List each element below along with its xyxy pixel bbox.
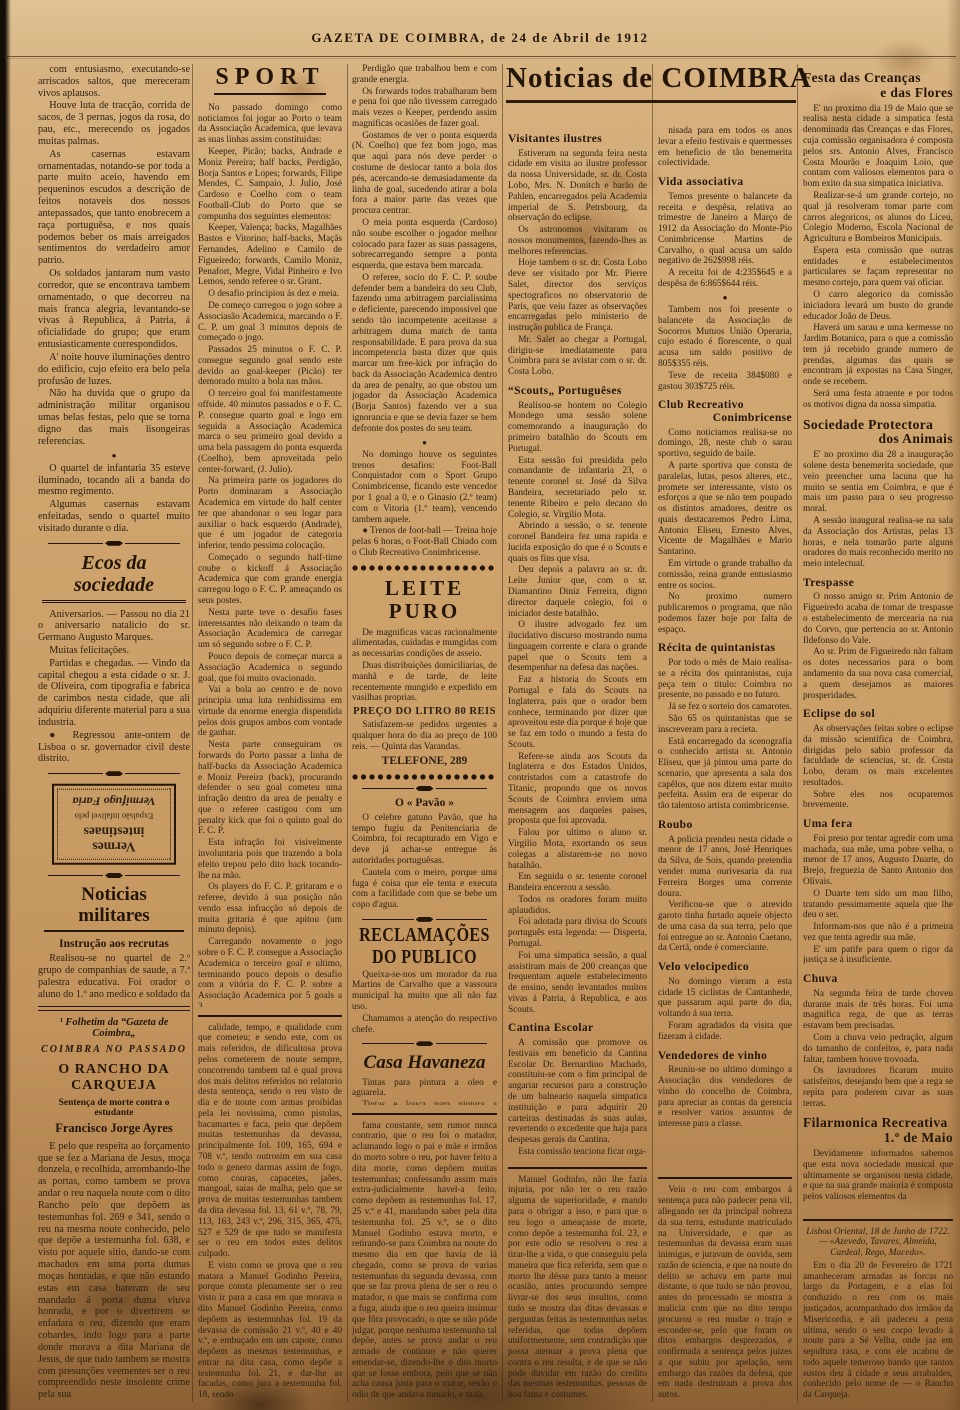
paragraph: Esta sessão foi presidida pelo comandant…: [508, 456, 647, 521]
paragraph: Nesta parte teve o desafio fases interes…: [198, 608, 342, 651]
paragraph: Chamamos a atenção do respectivo chefe.: [352, 1014, 497, 1036]
paragraph: Na segunda feira de tarde choveu durante…: [803, 989, 953, 1032]
centered-line: TELEFONE, 289: [352, 755, 497, 768]
news-heading-line2: dos Animais: [803, 432, 953, 447]
news-heading: Festa das Creançase das Flores: [803, 71, 953, 101]
column-2-folhetim: calidade, tempo, e qualidade com que com…: [198, 1007, 342, 1402]
section-heading: Casa Havaneza: [352, 1052, 497, 1073]
newspaper-page: GAZETA DE COIMBRA, de 24 de Abril de 191…: [0, 0, 960, 1410]
section-heading: O « Pavão »: [352, 797, 497, 810]
ornament-separator: [48, 541, 180, 546]
paragraph: Muitas felicitações.: [38, 645, 190, 657]
paragraph: ● Trenos de foot-ball — Treina hoje pela…: [352, 526, 497, 558]
dot-separator: ●: [352, 438, 497, 447]
paragraph: Manuel Godinho, não lhe fazia injuria, p…: [508, 1175, 647, 1401]
paragraph: calidade, tempo, e qualidade com que com…: [198, 1023, 342, 1260]
column-4-folhetim: Manuel Godinho, não lhe fazia injuria, p…: [508, 1159, 647, 1402]
news-heading: Chuva: [803, 973, 953, 986]
paragraph: Carregando novamente o jogo sobre o F. C…: [198, 937, 342, 1006]
news-heading-line2: 1.º de Maio: [803, 1131, 953, 1146]
paragraph: Ao sr. Prim de Figueiredo não faltam os …: [803, 647, 953, 701]
column-1-folhetim: ¹ Folhetim da “Gazeta de Coimbra„COIMBRA…: [38, 998, 190, 1403]
paragraph: Tambem nos foi presente o balancete da A…: [658, 305, 792, 370]
paragraph: O celebre gatuno Pavão, que ha tempo fug…: [352, 813, 497, 867]
paragraph: De magnificas vacas racionalmente alimen…: [352, 628, 497, 660]
paragraph: ● Regressou ante-ontem de Lisboa o sr. g…: [38, 730, 190, 765]
dot-separator: ●: [658, 293, 792, 302]
paragraph: Os soldados jantaram num vasto corredor,…: [38, 268, 190, 351]
paragraph: Algumas casernas estavam enfeitadas, sen…: [38, 499, 190, 534]
column-4: Visitantes ilustresEstiveram na segunda …: [508, 64, 647, 1402]
paragraph: Todos os oradores foram muito aplaudidos…: [508, 895, 647, 917]
column-divider: [192, 64, 193, 1402]
section-heading: SPORT: [214, 64, 326, 95]
paragraph: Tintas para pintura a oleo e aguarela.: [352, 1078, 497, 1100]
paragraph: Com a chuva veio pedração, algum do tama…: [803, 1033, 953, 1065]
news-heading: “Scouts„ Portuguêses: [508, 385, 647, 398]
paragraph: Foram agradados da visita que fizeram á …: [658, 1021, 792, 1043]
paragraph: Pouco depois de começar marca a Associaç…: [198, 652, 342, 684]
rule-separator: [508, 1167, 647, 1169]
column-divider: [797, 64, 798, 1402]
paragraph: Satisfazem-se pedidos urgentes a qualque…: [352, 720, 497, 752]
paragraph: Sobre eles nos ocuparemos brevemente.: [803, 790, 953, 812]
paragraph: Esta comissão tenciona ficar orga-: [508, 1147, 647, 1158]
column-divider: [502, 64, 503, 1402]
paragraph: O ilustre advogado fez um ilucidativo di…: [508, 620, 647, 674]
paragraph: Os players do F. C. P. gritaram e o refe…: [198, 882, 342, 936]
vermifugo-ad-box: VermesintestinaesExpulsão infalivel pelo…: [52, 784, 176, 865]
paragraph: O desafio principiou ás dez e meia.: [198, 289, 342, 300]
paragraph: Será uma festa atraente e por todos os m…: [803, 389, 953, 411]
column-divider: [652, 64, 653, 1402]
column-6: Festa das Creançase das FloresE' no prox…: [803, 64, 953, 1402]
column-5-folhetim: Veiu o reu com embargos á sentença para …: [658, 1169, 792, 1402]
news-heading: Velo velocipedico: [658, 961, 792, 974]
ad-box-line: Expulsão infalivel pelo: [60, 811, 168, 821]
paragraph: E pelo que respeita ao forçamento que se…: [38, 1141, 190, 1401]
paragraph: Cautela com o meiro, porque uma fuga é c…: [352, 868, 497, 911]
paragraph: Já se fez o sorteio dos camarotes.: [658, 702, 792, 713]
double-rule-separator: [38, 1006, 190, 1011]
paragraph: A' noite houve iluminações dentro do edi…: [38, 352, 190, 387]
centered-line: PREÇO DO LITRO 80 REIS: [352, 706, 497, 718]
paragraph: O nosso amigo sr. Prim Antonio de Figuei…: [803, 592, 953, 646]
paragraph: Passados 25 minutos o F. C. P. consegue …: [198, 345, 342, 388]
news-heading: Uma fera: [803, 818, 953, 831]
column-divider: [347, 64, 348, 1402]
paragraph: Duas distribuições domiciliarias, de man…: [352, 661, 497, 704]
news-heading-line2: Conimbricense: [658, 412, 792, 425]
section-heading: ¹ Folhetim da “Gazeta de Coimbra„: [38, 1017, 190, 1041]
paragraph: De começo carregou o jogo sobre a Associ…: [198, 301, 342, 344]
paragraph: São 65 os quintanistas que se inscrevera…: [658, 714, 792, 736]
paragraph: Os astronomos visitaram os nossos monume…: [508, 225, 647, 257]
diamond-ornament-icon: [416, 1041, 434, 1046]
paragraph: Teve de receita 384$080 e gastou 303$725…: [658, 371, 792, 393]
ad-box-line: Vermes: [60, 839, 168, 854]
section-heading: Instrução aos recrutas: [38, 938, 190, 951]
paragraph: Vai a bola ao centro e de novo principia…: [198, 685, 342, 739]
paragraph: Na primeira parte os jogadores do Porto …: [198, 476, 342, 551]
rule-separator: [352, 1113, 497, 1115]
paragraph: Em seguida o sr. tenente coronel Bandeir…: [508, 872, 647, 894]
dot-separator: ●: [38, 451, 190, 460]
rule-separator: [803, 1219, 953, 1221]
news-heading: Cantina Escolar: [508, 1022, 647, 1035]
paragraph: Em virtude o grande trabalho da comissão…: [658, 559, 792, 591]
paragraph: Aniversarios. — Passou no dia 21 o anive…: [38, 609, 190, 644]
paragraph: E' no proximo dia 19 de Maio que se real…: [803, 104, 953, 190]
paragraph: Os lavradores ficaram muito satisfeitos,…: [803, 1066, 953, 1109]
rule-separator: [658, 1177, 792, 1179]
ornament-separator: [48, 771, 180, 776]
column-2-main: SPORTNo passado domingo como noticiamos …: [198, 64, 342, 1007]
news-heading: Eclipse do sol: [803, 708, 953, 721]
paragraph: Os forwards todos trabalharam bem e pena…: [352, 87, 497, 130]
section-heading: LEITE PURO: [352, 577, 497, 624]
paragraph: O meia ponta esquerda (Cardoso) não soub…: [352, 218, 497, 272]
paragraph: Faz a historia do Scouts em Portugal e f…: [508, 675, 647, 750]
paragraph: Devidamente informados sabemos que esta …: [803, 1149, 953, 1203]
diamond-ornament-icon: [416, 786, 434, 791]
column-2: SPORTNo passado domingo como noticiamos …: [198, 64, 342, 1402]
paragraph: Verificou-se que o atrevido garoto tinha…: [658, 900, 792, 954]
paragraph: Em o dia 20 de Fevereiro de 1721 amanhec…: [803, 1261, 953, 1401]
ad-box-line: intestinaes: [60, 824, 168, 839]
news-heading: Trespasse: [803, 577, 953, 590]
section-heading: Sentença de morte contra o estudante: [38, 1098, 190, 1119]
paragraph: O terceiro goal foi manifestamente offsi…: [198, 389, 342, 475]
paragraph: E' um patife para quem o rigor da justiç…: [803, 945, 953, 967]
section-heading: RECLAMAÇÕES DO PUBLICO: [352, 925, 497, 969]
ornament-separator: [362, 1041, 487, 1046]
paragraph: Keeper, Valença; backs, Magalhães Bastos…: [198, 223, 342, 288]
paragraph: Perdigão que trabalhou bem e com grande …: [352, 64, 497, 86]
column-6-folhetim: Lisboa Oriental, 18 de Junho de 1722. — …: [803, 1211, 953, 1403]
paragraph: Houve luta de tracção, corrida de sacos,…: [38, 100, 190, 147]
ornament-separator: [362, 917, 487, 922]
paragraph: E visto como se prova que o reu matara a…: [198, 1261, 342, 1401]
dotted-band-separator: [352, 774, 497, 780]
column-1: com entusiasmo, executando-se arriscados…: [38, 64, 190, 1402]
section-heading: COIMBRA NO PASSADO: [38, 1044, 190, 1055]
section-heading: Ecos da sociedade: [42, 552, 186, 603]
diamond-ornament-icon: [416, 917, 434, 922]
column-5-main: nisada para em todos os anos levar a efe…: [658, 126, 792, 1169]
paragraph: Foi preso por tentar agredir com uma mac…: [803, 834, 953, 888]
paragraph: Gostamos de ver o ponta esquerda (N. Coe…: [352, 131, 497, 217]
paragraph: No domingo vieram a esta cidade 15 cicli…: [658, 977, 792, 1020]
paragraph: Estiveram na segunda feira nesta cidade …: [508, 149, 647, 224]
paragraph: O carro alegorico da comissão iniciadora…: [803, 290, 953, 322]
column-5: nisada para em todos os anos levar a efe…: [658, 64, 792, 1402]
paragraph: A receita foi de 4:235$645 e a despêsa d…: [658, 268, 792, 290]
section-heading: O RANCHO DA CARQUEJA: [38, 1062, 190, 1093]
diamond-ornament-icon: [105, 771, 123, 776]
ornament-separator: [362, 786, 487, 791]
paragraph: A parte sportiva que consta de paralelas…: [658, 461, 792, 558]
paragraph: Realisou-se hontem no Colegio Mondego um…: [508, 401, 647, 455]
paragraph: O Duarte tem sido um mau filho, tratando…: [803, 889, 953, 921]
paragraph: Keeper, Picão; backs, Andrade e Moniz Pe…: [198, 147, 342, 222]
centered-line: Lisboa Oriental, 18 de Junho de 1722. — …: [803, 1227, 953, 1259]
paragraph: Foi adotada para divisa do Scouts portug…: [508, 917, 647, 949]
paragraph: Deu depois a palavra ao sr. dr. Leite Ju…: [508, 565, 647, 619]
paragraph: A policia prendeu nesta cidade o menor d…: [658, 835, 792, 900]
masthead: GAZETA DE COIMBRA, de 24 de Abril de 191…: [0, 30, 960, 46]
paragraph: Queixa-se-nos um morador da rua Martins …: [352, 970, 497, 1013]
paragraph: No domingo houve os seguintes trenos des…: [352, 450, 497, 525]
paragraph: fama constante, sem rumor nunca contrari…: [352, 1121, 497, 1401]
column-1-main: com entusiasmo, executando-se arriscados…: [38, 64, 190, 998]
paragraph: Começado o segundo half-time coube o kic…: [198, 553, 342, 607]
paragraph: Partidas e chegadas. — Vindo da capital …: [38, 658, 190, 729]
column-3: Perdigão que trabalhou bem e com grande …: [352, 64, 497, 1402]
paragraph: A comissão que promove os festivais em b…: [508, 1038, 647, 1146]
paragraph: O referee, socio do F. C. P. soube defen…: [352, 273, 497, 435]
paragraph: Por todo o mês de Maio realisa-se a réci…: [658, 658, 792, 701]
paragraph: Temos presente o balancete da receita e …: [658, 192, 792, 267]
paragraph: E' no proximo dia 28 a inauguração solen…: [803, 450, 953, 515]
paragraph: Refere-se ainda aos Scouts da Inglaterra…: [508, 752, 647, 827]
paragraph: Esta infração foi visivelmente involunta…: [198, 838, 342, 881]
paragraph: As observações feitas sobre o eclipse da…: [803, 724, 953, 789]
column-6-main: Festa das Creançase das FloresE' no prox…: [803, 64, 953, 1211]
paragraph: Como noticiamos realisa-se no domingo, 2…: [658, 428, 792, 460]
column-3-folhetim: fama constante, sem rumor nunca contrari…: [352, 1105, 497, 1402]
paragraph: No passado domingo como noticiamos foi j…: [198, 103, 342, 146]
paragraph: O quartel de infantaria 35 esteve ilumin…: [38, 463, 190, 498]
paragraph: Nesta parte conseguiram os forwards do P…: [198, 740, 342, 837]
paragraph: Foi uma simpatica sessão, a qual assisti…: [508, 951, 647, 1016]
news-heading: Roubo: [658, 819, 792, 832]
paragraph: Mr. Salet ao chegar a Portugal, dirigiu-…: [508, 335, 647, 378]
paragraph: Espera esta comissão que outras entidade…: [803, 246, 953, 289]
news-heading: Club RecreativoConimbricense: [658, 399, 792, 424]
ornament-separator: [48, 873, 180, 878]
column-4-main: Visitantes ilustresEstiveram na segunda …: [508, 126, 647, 1159]
paragraph: Abrindo a sessão, o sr. tenente coronel …: [508, 521, 647, 564]
paragraph: nisada para em todos os anos levar a efe…: [658, 126, 792, 169]
ad-box-line: Vermifugo Faria: [60, 795, 168, 808]
paragraph: Reuniu-se no ultimo domingo a Associação…: [658, 1065, 792, 1130]
paragraph: Realizar-se-á um grande cortejo, no qual…: [803, 191, 953, 245]
rule-separator: [198, 1015, 342, 1017]
news-heading: Vida associativa: [658, 176, 792, 189]
diamond-ornament-icon: [105, 541, 123, 546]
section-heading: Noticias militares: [44, 884, 184, 932]
masthead-rule: [4, 56, 956, 57]
news-heading: Sociedade Protectorados Animais: [803, 418, 953, 448]
paragraph: No proximo numero publicaremos o program…: [658, 592, 792, 635]
paragraph: Não ha duvida que o grupo da administraç…: [38, 388, 190, 447]
news-heading: Récita de quintanistas: [658, 642, 792, 655]
section-heading: Francisco Jorge Ayres: [38, 1121, 190, 1135]
news-heading: Vendedores de vinho: [658, 1050, 792, 1063]
diamond-ornament-icon: [105, 873, 123, 878]
paragraph: A sessão inaugural realisa-se na sala da…: [803, 516, 953, 570]
paragraph: Realisou-se no quartel de 2.º grupo de c…: [38, 953, 190, 997]
paragraph: Hoje tambem o sr. dr. Costa Lobo deve se…: [508, 258, 647, 333]
paragraph: Falou por ultimo o aluno sr. Virgilio Mo…: [508, 828, 647, 871]
paragraph: Informam-nos que não é a primeira vez qu…: [803, 922, 953, 944]
paragraph: com entusiasmo, executando-se arriscados…: [38, 64, 190, 99]
news-heading: Visitantes ilustres: [508, 133, 647, 146]
dotted-band-separator: [352, 565, 497, 571]
paragraph: Veiu o reu com embargos á sentença para …: [658, 1185, 792, 1401]
paragraph: As casernas estavam ornamentadas, notand…: [38, 149, 190, 267]
paragraph: Haverá um sarau e uma kermesse no Jardim…: [803, 323, 953, 388]
news-heading-line2: e das Flores: [803, 86, 953, 101]
column-3-main: Perdigão que trabalhou bem e com grande …: [352, 64, 497, 1105]
news-heading: Filarmonica Recreativa1.º de Maio: [803, 1116, 953, 1146]
paragraph: Está encarregado da scenografia o conhec…: [658, 737, 792, 812]
